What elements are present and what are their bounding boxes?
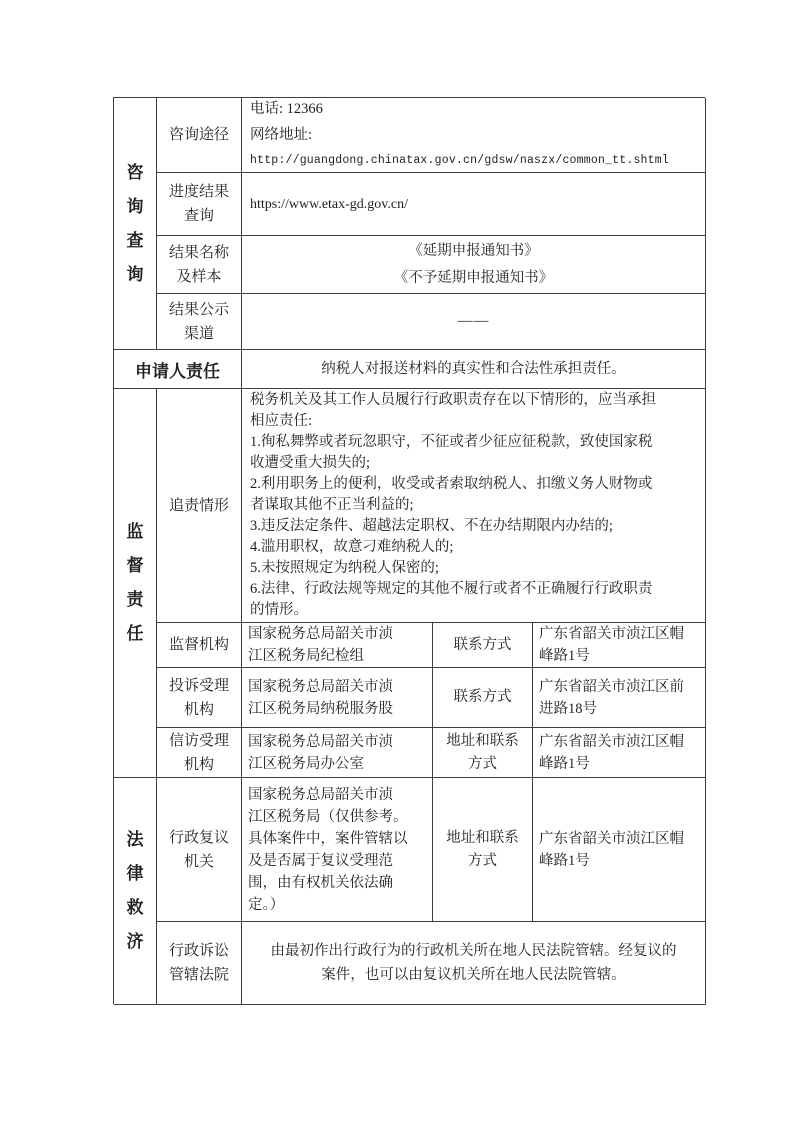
group-consult-query-label: 咨询查询 — [126, 156, 145, 292]
cell-petition-org: 国家税务总局韶关市浈 江区税务局办公室 — [242, 728, 433, 778]
cell-consult-channel-content: 电话: 12366 网络地址: http://guangdong.chinata… — [242, 98, 706, 173]
cell-reconsideration-address: 广东省韶关市浈江区帽 峰路1号 — [533, 778, 706, 922]
cell-reconsideration-org: 国家税务总局韶关市浈 江区税务局（仅供参考。 具体案件中，案件管辖以 及是否属于… — [242, 778, 433, 922]
group-legal-remedy-label: 法律救济 — [126, 823, 145, 959]
row-label-reconsideration-org: 行政复议 机关 — [157, 778, 242, 922]
group-legal-remedy: 法律救济 — [114, 778, 157, 1005]
cell-complaint-contact-label: 联系方式 — [433, 668, 533, 728]
row-label-result-publicity: 结果公示 渠道 — [157, 294, 242, 350]
cell-complaint-org: 国家税务总局韶关市浈 江区税务局纳税服务股 — [242, 668, 433, 728]
cell-accountability-content: 税务机关及其工作人员履行行政职责存在以下情形的，应当承担 相应责任: 1.徇私舞… — [242, 389, 706, 623]
cell-supervisor-org: 国家税务总局韶关市浈 江区税务局纪检组 — [242, 623, 433, 668]
cell-reconsideration-contact-label: 地址和联系 方式 — [433, 778, 533, 922]
row-label-complaint-org: 投诉受理 机构 — [157, 668, 242, 728]
consult-web-label: 网络地址: — [250, 122, 312, 148]
row-label-consult-channel: 咨询途径 — [157, 98, 242, 173]
group-consult-query: 咨询查询 — [114, 98, 157, 350]
row-label-supervisor-org: 监督机构 — [157, 623, 242, 668]
consult-url: http://guangdong.chinatax.gov.cn/gdsw/na… — [250, 148, 669, 173]
row-label-litigation-court: 行政诉讼 管辖法院 — [157, 922, 242, 1005]
group-supervision-responsibility-label: 监督责任 — [126, 515, 145, 651]
cell-result-name-content: 《延期申报通知书》 《不予延期申报通知书》 — [242, 236, 706, 294]
cell-litigation-court-content: 由最初作出行政行为的行政机关所在地人民法院管辖。经复议的 案件，也可以由复议机关… — [242, 922, 706, 1005]
cell-result-publicity-content: —— — [242, 294, 706, 350]
cell-complaint-address: 广东省韶关市浈江区前 进路18号 — [533, 668, 706, 728]
cell-petition-address: 广东省韶关市浈江区帽 峰路1号 — [533, 728, 706, 778]
cell-supervisor-address: 广东省韶关市浈江区帽 峰路1号 — [533, 623, 706, 668]
row-label-applicant-responsibility: 申请人责任 — [114, 350, 242, 389]
cell-applicant-responsibility-content: 纳税人对报送材料的真实性和合法性承担责任。 — [242, 350, 706, 389]
cell-progress-query-content: https://www.etax-gd.gov.cn/ — [242, 173, 706, 236]
row-label-accountability: 追责情形 — [157, 389, 242, 623]
progress-url: https://www.etax-gd.gov.cn/ — [250, 194, 408, 215]
tax-service-guide-table: 咨询查询 咨询途径 电话: 12366 网络地址: http://guangdo… — [113, 97, 705, 1004]
row-label-progress-query: 进度结果 查询 — [157, 173, 242, 236]
cell-petition-contact-label: 地址和联系 方式 — [433, 728, 533, 778]
consult-phone: 电话: 12366 — [250, 98, 323, 122]
row-label-petition-org: 信访受理 机构 — [157, 728, 242, 778]
cell-supervisor-contact-label: 联系方式 — [433, 623, 533, 668]
row-label-result-name: 结果名称 及样本 — [157, 236, 242, 294]
group-supervision-responsibility: 监督责任 — [114, 389, 157, 778]
